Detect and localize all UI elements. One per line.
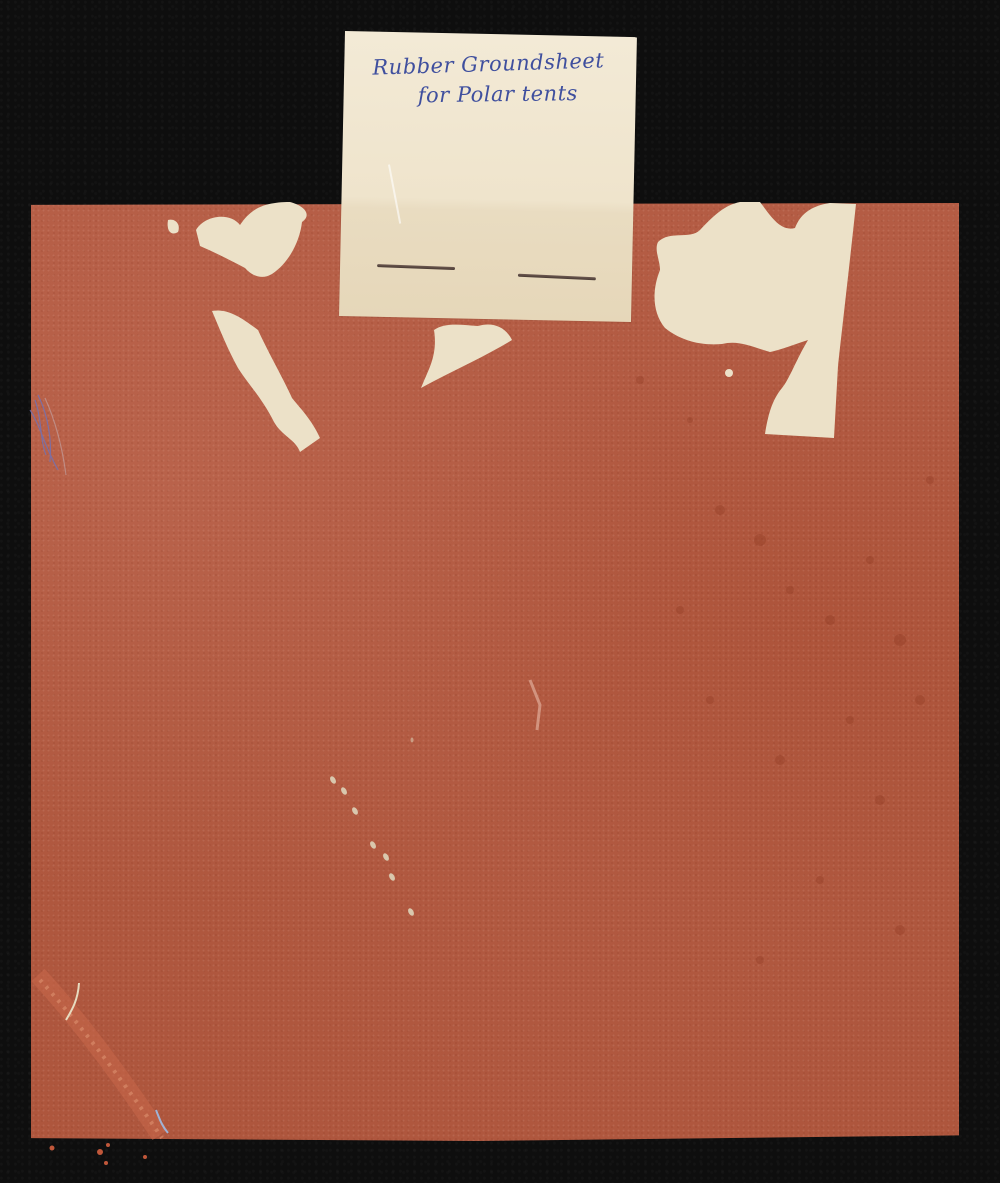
residue-left-strip (212, 310, 320, 452)
label-line-2: for Polar tents (418, 81, 578, 107)
residue-right-patch (655, 202, 856, 438)
abrasion-line (38, 975, 160, 1135)
residue-center-triangle (421, 325, 512, 388)
residue-top-left-blob (196, 202, 307, 277)
label-crease (388, 164, 401, 223)
center-scuff (530, 680, 540, 730)
rubber-crumbs (50, 1143, 148, 1165)
mottled-spots (636, 376, 934, 964)
residue-top-left-speck (168, 220, 179, 234)
staple-left (377, 264, 455, 270)
label-line-1: Rubber Groundsheet (372, 48, 605, 79)
handwritten-label: Rubber Groundsheet for Polar tents (339, 31, 637, 322)
residue-dot (725, 369, 733, 377)
blue-fibers (30, 395, 66, 475)
staple-right (518, 274, 596, 281)
dotted-holes (329, 738, 415, 917)
